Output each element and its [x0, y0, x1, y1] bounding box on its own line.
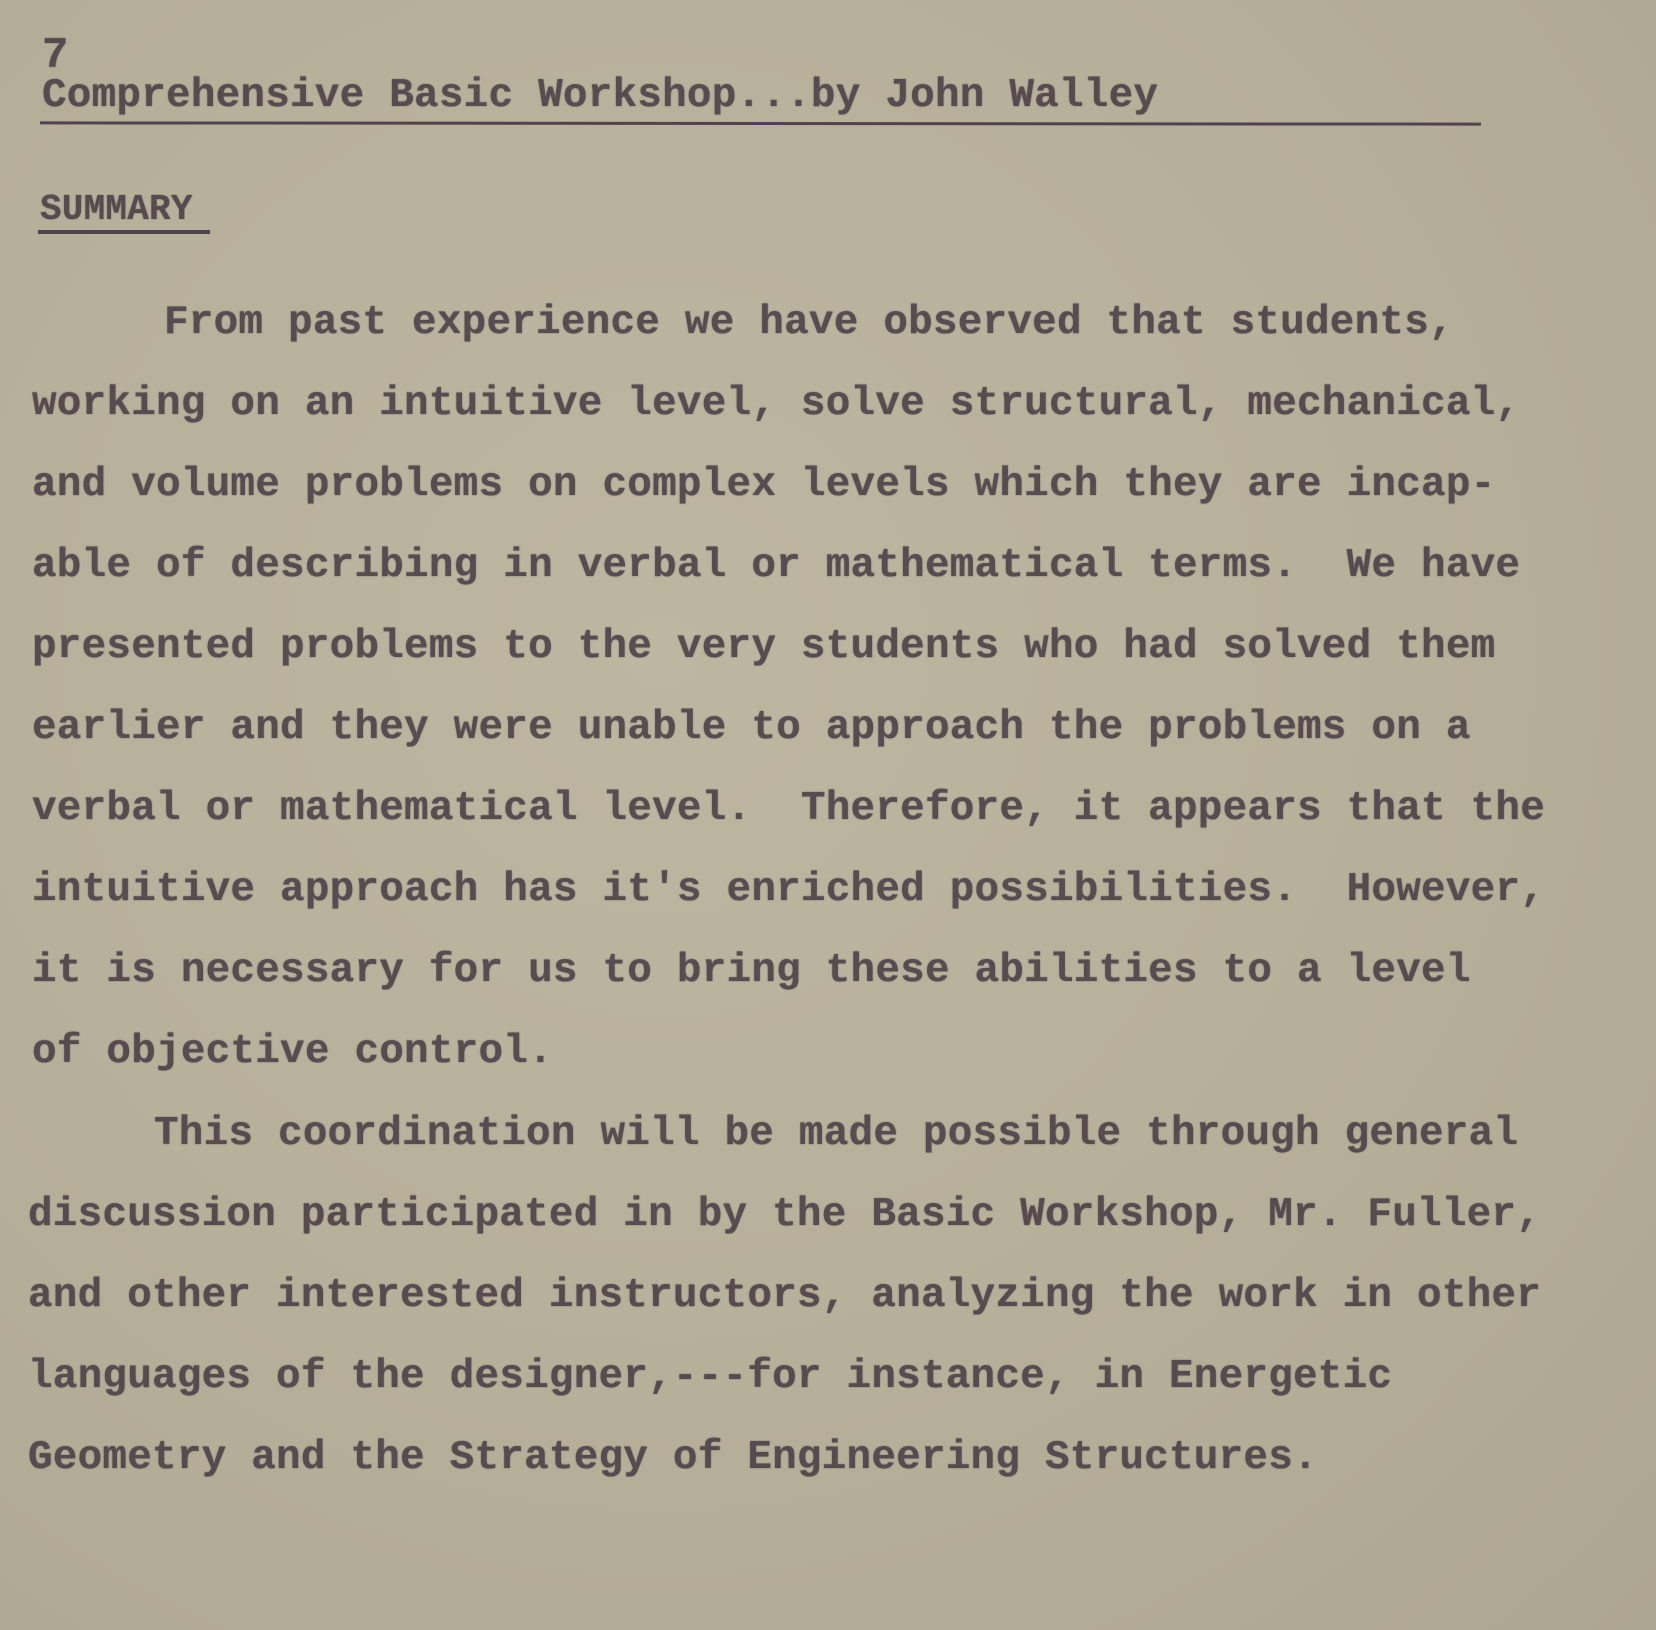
body-line: This coordination will be made possible … — [154, 1114, 1518, 1155]
body-line: of objective control. — [32, 1032, 553, 1073]
body-line: From past experience we have observed th… — [164, 303, 1454, 344]
body-line: discussion participated in by the Basic … — [28, 1195, 1541, 1236]
body-line: presented problems to the very students … — [32, 627, 1495, 668]
body-line: Geometry and the Strategy of Engineering… — [28, 1438, 1318, 1479]
body-line: earlier and they were unable to approach… — [32, 708, 1471, 749]
section-heading-underline — [38, 230, 210, 234]
body-line: working on an intuitive level, solve str… — [32, 384, 1520, 425]
page-number: 7 — [42, 34, 69, 78]
body-line: able of describing in verbal or mathemat… — [32, 546, 1520, 587]
section-heading: SUMMARY — [40, 192, 193, 228]
body-line: and other interested instructors, analyz… — [28, 1276, 1541, 1317]
body-line: it is necessary for us to bring these ab… — [32, 951, 1471, 992]
body-line: and volume problems on complex levels wh… — [32, 465, 1495, 506]
body-line: intuitive approach has it's enriched pos… — [32, 870, 1545, 911]
title-underline — [40, 121, 1481, 125]
body-line: languages of the designer,---for instanc… — [28, 1357, 1392, 1398]
body-line: verbal or mathematical level. Therefore,… — [32, 789, 1545, 830]
document-title: Comprehensive Basic Workshop...by John W… — [42, 76, 1158, 117]
